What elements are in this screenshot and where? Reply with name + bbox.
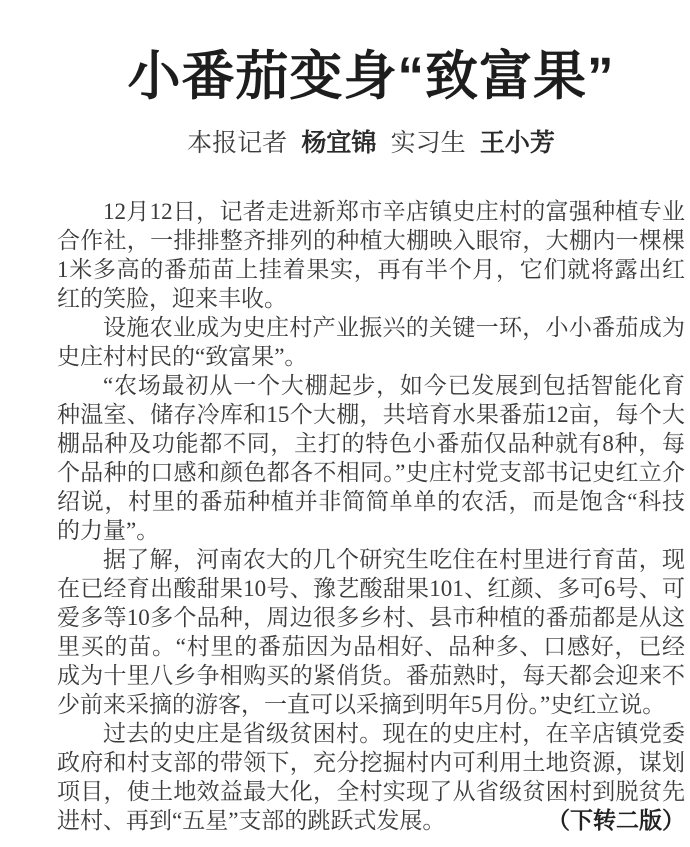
continuation-note: （下转二版） [501,806,685,835]
paragraph-2: 设施农业成为史庄村产业振兴的关键一环，小小番茄成为史庄村村民的“致富果”。 [57,313,685,371]
paragraph-4: 据了解，河南农大的几个研究生吃住在村里进行育苗，现在已经育出酸甜果10号、豫艺酸… [57,545,685,719]
byline-intern-label: 实习生 [391,130,466,157]
article-body: 12月12日，记者走进新郑市辛店镇史庄村的富强种植专业合作社，一排排整齐排列的种… [57,197,685,835]
newspaper-page: { "article": { "title": "小番茄变身“致富果”", "b… [0,0,690,847]
byline-reporter-name: 杨宜锦 [301,130,376,157]
paragraph-3: “农场最初从一个大棚起步，如今已发展到包括智能化育种温室、储存冷库和15个大棚，… [57,371,685,545]
article-byline: 本报记者 杨宜锦 实习生 王小芳 [57,127,685,161]
paragraph-5: 过去的史庄是省级贫困村。现在的史庄村，在辛店镇党委政府和村支部的带领下，充分挖掘… [57,719,685,835]
byline-intern-name: 王小芳 [480,130,555,157]
article-title: 小番茄变身“致富果” [57,44,685,110]
paragraph-1: 12月12日，记者走进新郑市辛店镇史庄村的富强种植专业合作社，一排排整齐排列的种… [57,197,685,313]
article: 小番茄变身“致富果” 本报记者 杨宜锦 实习生 王小芳 12月12日，记者走进新… [0,0,690,847]
byline-reporter-label: 本报记者 [187,130,287,157]
